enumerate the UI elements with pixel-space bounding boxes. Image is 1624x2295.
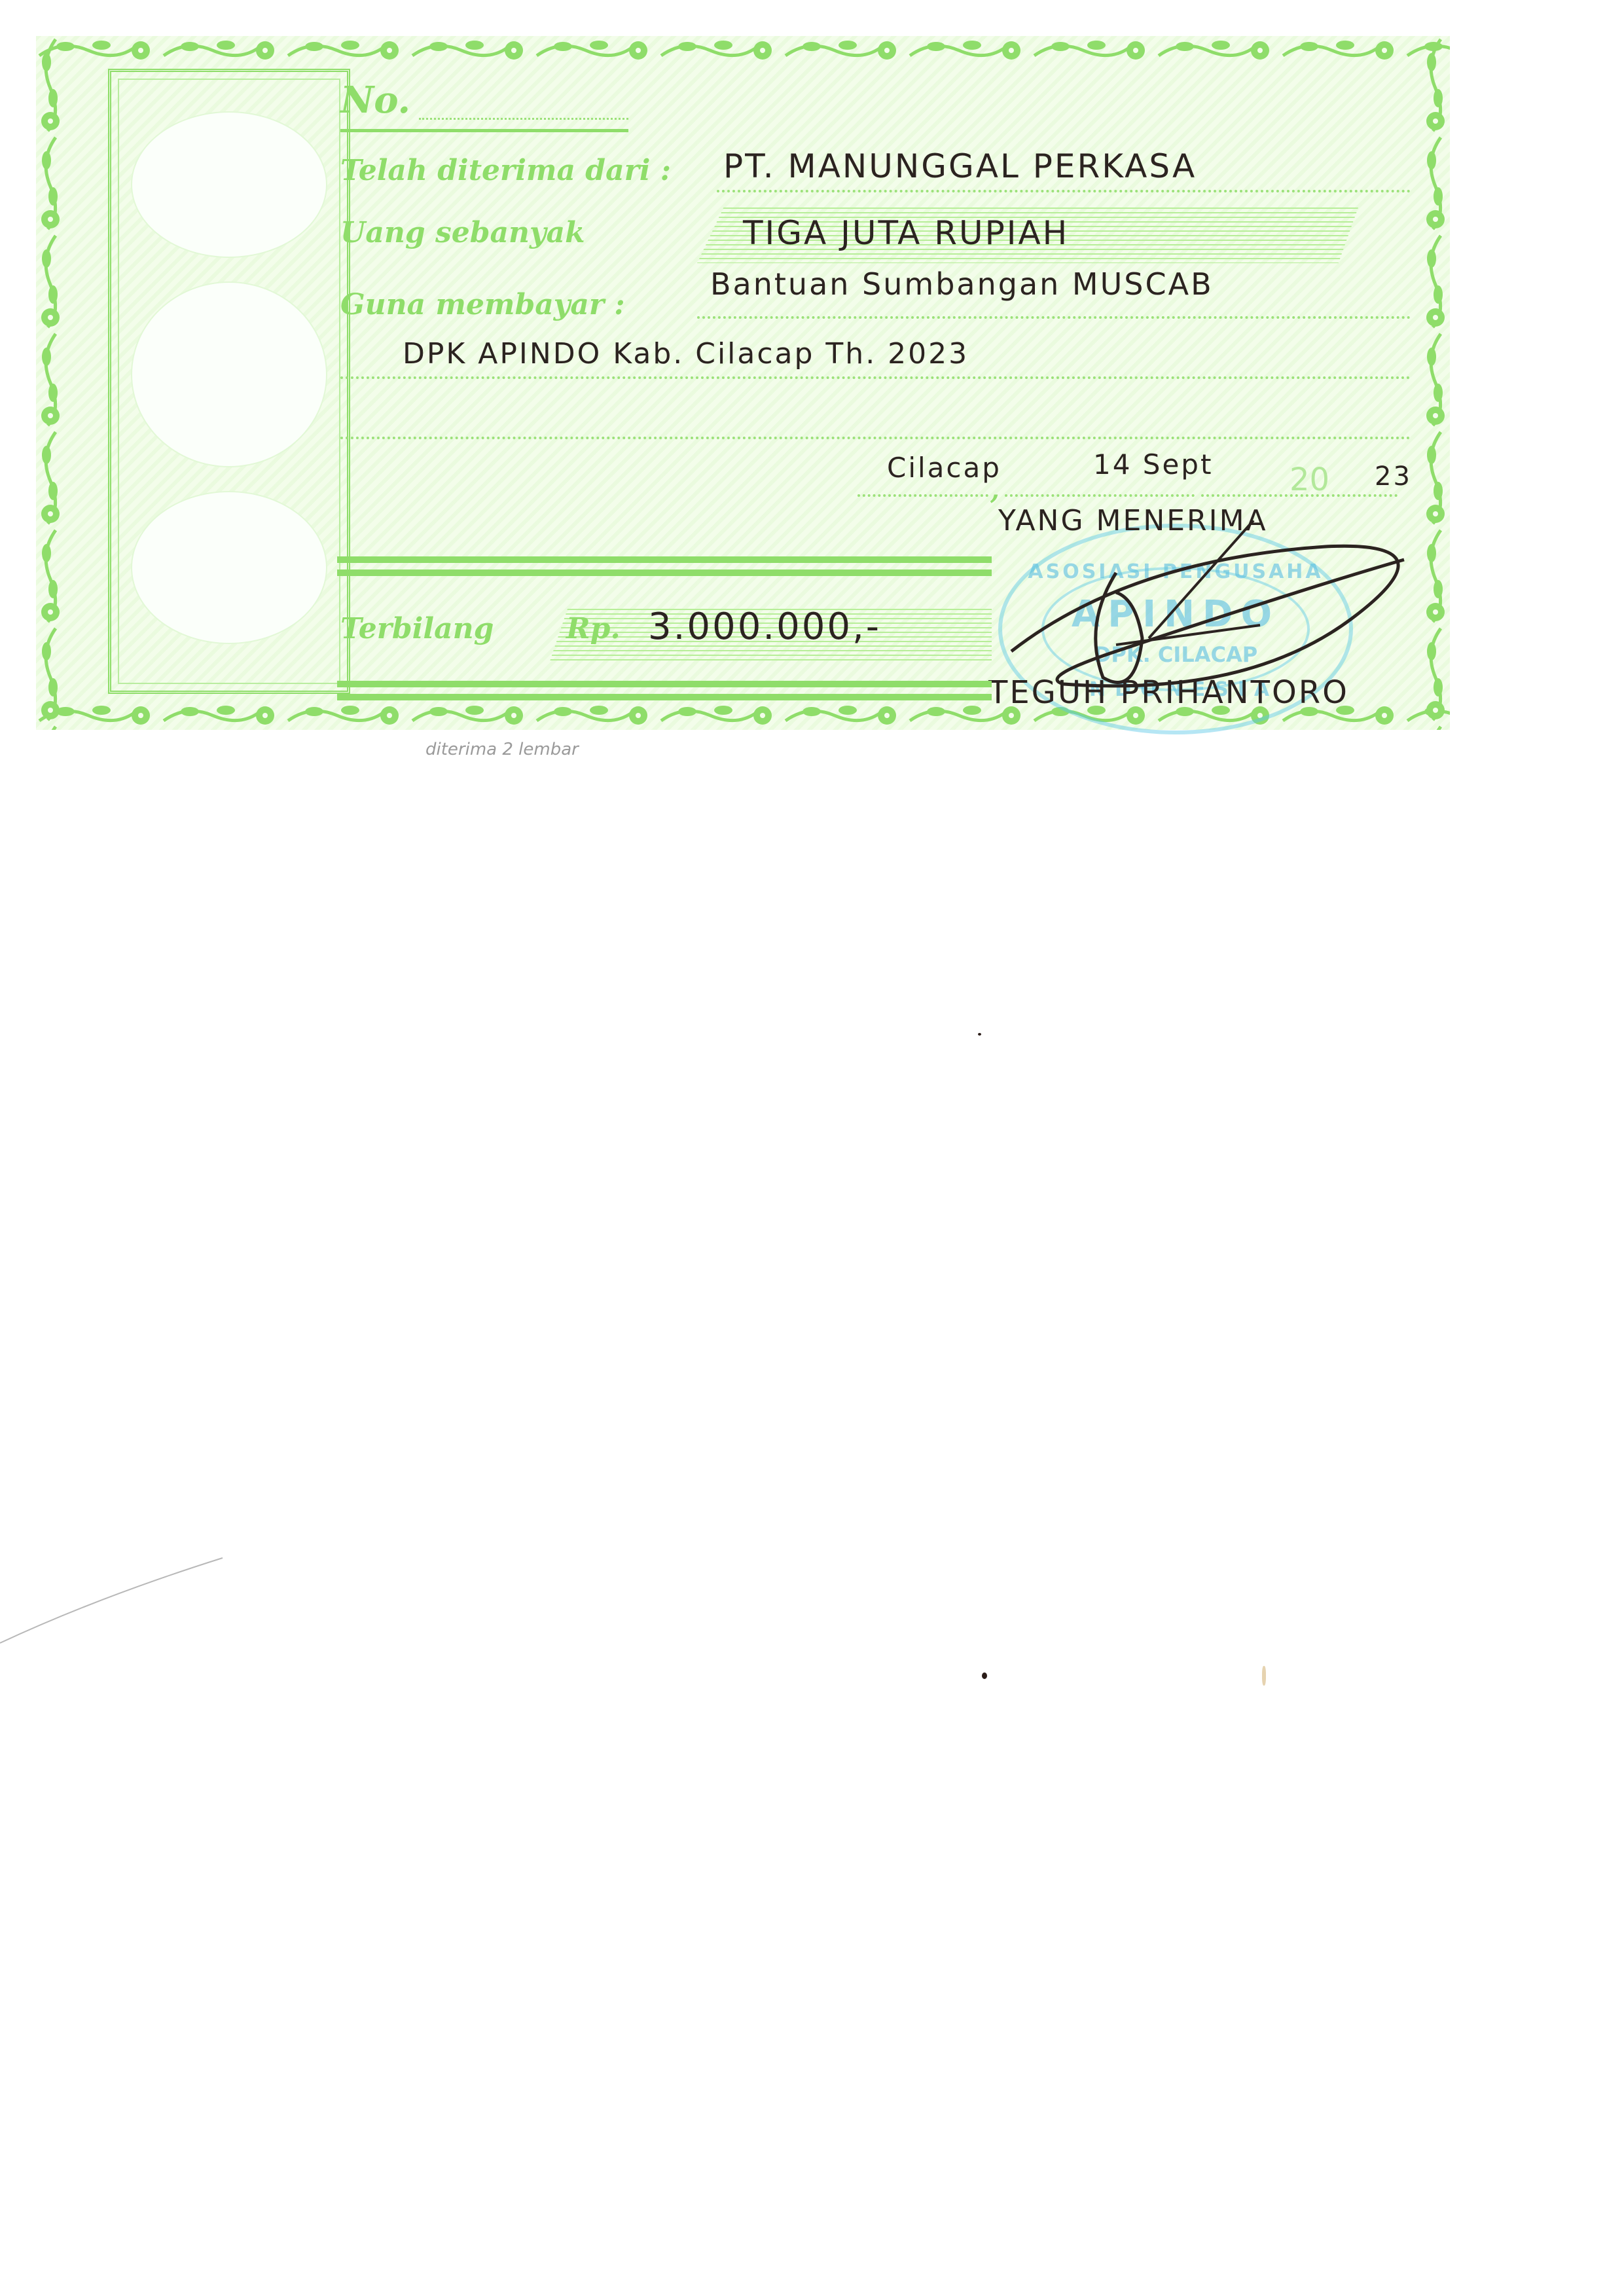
date-value: 14 Sept <box>1093 448 1213 480</box>
year-suffix: 23 <box>1375 461 1412 492</box>
amount-words-value: TIGA JUTA RUPIAH <box>743 214 1069 252</box>
date-comma: , <box>990 475 1000 505</box>
received-from-line <box>717 190 1411 192</box>
floral-border-left <box>36 36 65 730</box>
year-line <box>1201 494 1398 497</box>
scan-speck <box>982 1672 987 1679</box>
purpose-label: Guna membayar : <box>340 288 625 321</box>
number-label: No. <box>340 79 410 122</box>
receipt-form: No. Telah diterima dari : PT. MANUNGGAL … <box>36 36 1450 730</box>
number-dotted-line <box>419 118 628 120</box>
blank-line-rule <box>340 437 1411 439</box>
number-underline <box>340 129 628 132</box>
receiver-name: TEGUH PRIHANTORO <box>988 674 1349 711</box>
terbilang-top-rule-2 <box>337 569 992 576</box>
date-line <box>1005 494 1195 497</box>
amount-figures-value: 3.000.000,- <box>648 605 881 648</box>
scan-stain <box>1262 1666 1266 1686</box>
terbilang-label: Terbilang <box>340 612 494 645</box>
floral-border-top <box>36 36 1450 65</box>
terbilang-top-rule-1 <box>337 556 992 563</box>
terbilang-bottom-rule-1 <box>337 681 992 687</box>
watermark-oval <box>131 281 327 467</box>
purpose-line-2-rule <box>340 376 1411 379</box>
received-from-label: Telah diterima dari : <box>340 154 671 187</box>
purpose-line-1-rule <box>697 316 1411 319</box>
margin-note: diterima 2 lembar <box>425 740 579 759</box>
place-line <box>857 494 988 497</box>
currency-label: Rp. <box>566 612 621 645</box>
watermark-oval <box>131 491 327 644</box>
scan-speck <box>978 1033 981 1036</box>
purpose-line-2: DPK APINDO Kab. Cilacap Th. 2023 <box>403 337 969 370</box>
scan-scratch-line <box>0 1551 236 1650</box>
place-value: Cilacap <box>887 452 1001 484</box>
watermark-oval <box>131 111 327 258</box>
amount-words-label: Uang sebanyak <box>340 216 585 249</box>
purpose-line-1: Bantuan Sumbangan MUSCAB <box>710 266 1214 302</box>
year-prefix: 20 <box>1290 461 1329 498</box>
received-from-value: PT. MANUNGGAL PERKASA <box>723 147 1197 185</box>
ornamental-side-panel <box>108 69 350 694</box>
terbilang-bottom-rule-2 <box>337 694 992 700</box>
